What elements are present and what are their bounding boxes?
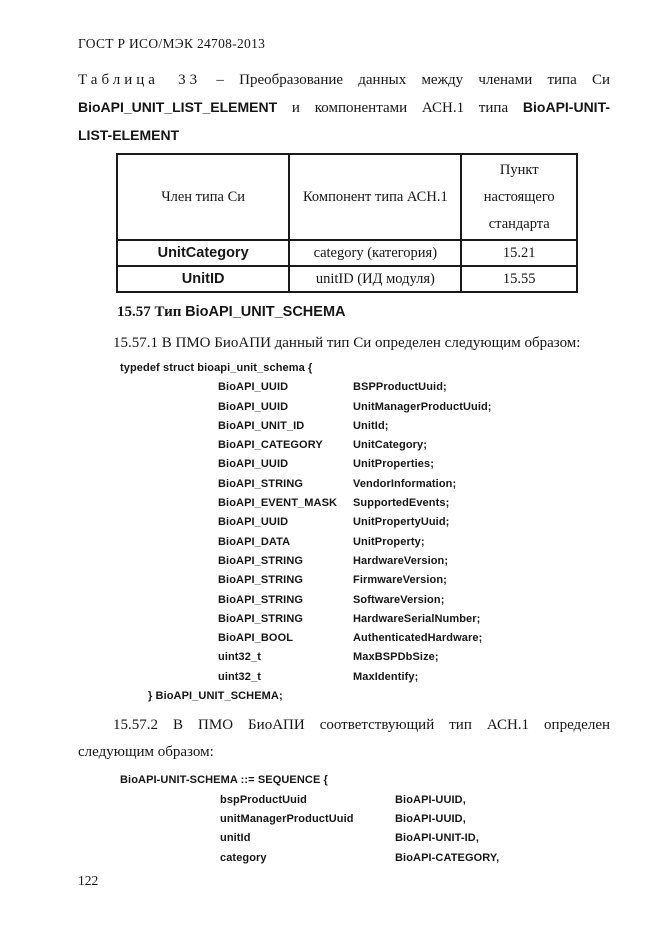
c-code-line: BioAPI_DATAUnitProperty; bbox=[78, 533, 610, 552]
c-code-line: BioAPI_STRINGSoftwareVersion; bbox=[78, 591, 610, 610]
c-code-line: uint32_tMaxIdentify; bbox=[78, 668, 610, 687]
section-heading: 15.57 Тип BioAPI_UNIT_SCHEMA bbox=[78, 303, 610, 321]
c-code-line: BioAPI_UUIDUnitPropertyUuid; bbox=[78, 513, 610, 532]
column-header-clause: Пункт настоящего стандарта bbox=[461, 154, 577, 240]
c-code-line: BioAPI_STRINGVendorInformation; bbox=[78, 475, 610, 494]
c-code-line: BioAPI_STRINGHardwareVersion; bbox=[78, 552, 610, 571]
cell-clause: 15.55 bbox=[461, 266, 577, 292]
document-header: ГОСТ Р ИСО/МЭК 24708-2013 bbox=[78, 36, 610, 52]
c-code-line: BioAPI_STRINGFirmwareVersion; bbox=[78, 571, 610, 590]
c-code-block: typedef struct bioapi_unit_schema { BioA… bbox=[78, 359, 610, 706]
cell-component: category (категория) bbox=[289, 240, 461, 266]
table-caption-line2: BioAPI_UNIT_LIST_ELEMENT и компонентами … bbox=[78, 94, 610, 122]
cell-clause: 15.21 bbox=[461, 240, 577, 266]
asn-code-open: BioAPI-UNIT-SCHEMA ::= SEQUENCE { bbox=[78, 771, 610, 790]
paragraph-15-57-2-line1: 15.57.2 В ПМО БиоАПИ соответствующий тип… bbox=[78, 712, 610, 739]
table-row: UnitCategory category (категория) 15.21 bbox=[117, 240, 577, 266]
document-page: ГОСТ Р ИСО/МЭК 24708-2013 Таблица 33 – П… bbox=[0, 0, 662, 935]
paragraph-15-57-2: 15.57.2 В ПМО БиоАПИ соответствующий тип… bbox=[78, 712, 610, 766]
column-header-component: Компонент типа АСН.1 bbox=[289, 154, 461, 240]
page-number: 122 bbox=[78, 873, 610, 889]
section-type-name: BioAPI_UNIT_SCHEMA bbox=[185, 304, 345, 320]
paragraph-15-57-2-line2: следующим образом: bbox=[78, 739, 610, 766]
section-number: 15.57 Тип bbox=[117, 304, 181, 320]
table-caption-bold2: BioAPI-UNIT- bbox=[523, 99, 610, 115]
table-header-row: Член типа Си Компонент типа АСН.1 Пункт … bbox=[117, 154, 577, 240]
c-code-close: } BioAPI_UNIT_SCHEMA; bbox=[78, 687, 610, 706]
asn-code-line: bspProductUuidBioAPI-UUID, bbox=[78, 791, 610, 810]
asn-code-line: categoryBioAPI-CATEGORY, bbox=[78, 849, 610, 868]
table-caption-bold3: LIST-ELEMENT bbox=[78, 127, 179, 143]
c-code-line: BioAPI_BOOLAuthenticatedHardware; bbox=[78, 629, 610, 648]
asn-code-line: unitIdBioAPI-UNIT-ID, bbox=[78, 829, 610, 848]
paragraph-15-57-1: 15.57.1 В ПМО БиоАПИ данный тип Си опред… bbox=[78, 333, 610, 353]
c-code-line: BioAPI_UUIDUnitProperties; bbox=[78, 455, 610, 474]
table-row: UnitID unitID (ИД модуля) 15.55 bbox=[117, 266, 577, 292]
asn-code-line: unitManagerProductUuidBioAPI-UUID, bbox=[78, 810, 610, 829]
table-caption: Таблица 33 – Преобразование данных между… bbox=[78, 67, 610, 150]
c-code-line: uint32_tMaxBSPDbSize; bbox=[78, 648, 610, 667]
c-code-open: typedef struct bioapi_unit_schema { bbox=[78, 359, 610, 378]
table-caption-dash: – bbox=[216, 72, 224, 88]
table-caption-bold1: BioAPI_UNIT_LIST_ELEMENT bbox=[78, 99, 277, 115]
c-code-line: BioAPI_EVENT_MASKSupportedEvents; bbox=[78, 494, 610, 513]
c-code-line: BioAPI_CATEGORYUnitCategory; bbox=[78, 436, 610, 455]
cell-member: UnitCategory bbox=[117, 240, 289, 266]
c-code-line: BioAPI_STRINGHardwareSerialNumber; bbox=[78, 610, 610, 629]
table-caption-line3: LIST-ELEMENT bbox=[78, 122, 610, 150]
c-code-line: BioAPI_UUIDUnitManagerProductUuid; bbox=[78, 398, 610, 417]
table-caption-mid: и компонентами АСН.1 типа bbox=[292, 100, 508, 116]
cell-component: unitID (ИД модуля) bbox=[289, 266, 461, 292]
table-caption-text1: Преобразование данных между членами типа… bbox=[239, 72, 610, 88]
c-code-line: BioAPI_UUIDBSPProductUuid; bbox=[78, 378, 610, 397]
c-code-line: BioAPI_UNIT_IDUnitId; bbox=[78, 417, 610, 436]
asn-code-block: BioAPI-UNIT-SCHEMA ::= SEQUENCE { bspPro… bbox=[78, 771, 610, 867]
table-caption-line1: Таблица 33 – Преобразование данных между… bbox=[78, 67, 610, 94]
column-header-member: Член типа Си bbox=[117, 154, 289, 240]
cell-member: UnitID bbox=[117, 266, 289, 292]
table-caption-label: Таблица 33 bbox=[78, 72, 201, 88]
conversion-table: Член типа Си Компонент типа АСН.1 Пункт … bbox=[116, 153, 578, 293]
